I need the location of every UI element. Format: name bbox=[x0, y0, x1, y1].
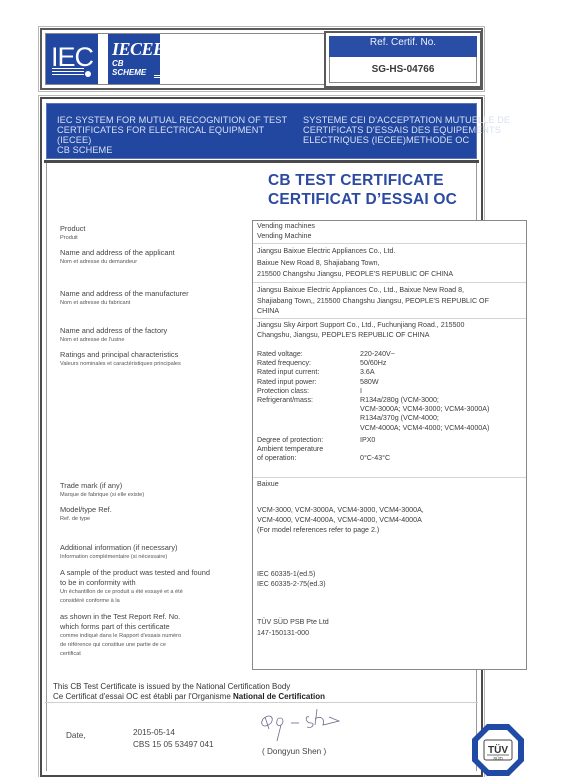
scheme-banner: IEC SYSTEM FOR MUTUAL RECOGNITION OF TES… bbox=[46, 103, 477, 159]
label-factory: Name and address of the factory Nom et a… bbox=[60, 326, 250, 345]
title-french: CERTIFICAT D’ESSAI OC bbox=[268, 190, 457, 209]
label-sample-conformity: A sample of the product was tested and f… bbox=[60, 568, 250, 606]
label-ratings: Ratings and principal characteristics Va… bbox=[60, 350, 250, 369]
title-english: CB TEST CERTIFICATE bbox=[268, 171, 457, 190]
svg-text:SÜD: SÜD bbox=[493, 755, 503, 761]
scheme-logo-text: SCHEME bbox=[112, 68, 160, 77]
date-label: Date, bbox=[66, 731, 86, 740]
cbs-number: CBS 15 05 53497 041 bbox=[133, 739, 214, 751]
iecee-cb-scheme-logo: IECEE CB SCHEME bbox=[108, 34, 160, 84]
ratings-table: Rated voltage:220-240V~ Rated frequency:… bbox=[257, 350, 489, 463]
svg-text:TÜV: TÜV bbox=[488, 743, 508, 756]
iecee-logo-text: IECEE bbox=[112, 40, 160, 58]
ref-certif-label: Ref. Certif. No. bbox=[329, 36, 477, 57]
value-applicant: Jiangsu Baixue Electric Appliances Co., … bbox=[257, 246, 453, 281]
rating-row: Rated voltage:220-240V~ bbox=[257, 350, 489, 359]
rating-row: Rated input power:580W bbox=[257, 378, 489, 387]
label-test-report: as shown in the Test Report Ref. No. whi… bbox=[60, 612, 250, 659]
label-manufacturer: Name and address of the manufacturer Nom… bbox=[60, 289, 250, 308]
signatory-name: ( Dongyun Shen ) bbox=[262, 747, 326, 756]
rating-row: Refrigerant/mass: R134a/280g (VCM-3000; … bbox=[257, 396, 489, 433]
label-trademark: Trade mark (if any) Marque de fabrique (… bbox=[60, 481, 250, 500]
value-factory: Jiangsu Sky Airport Support Co., Ltd., F… bbox=[257, 321, 464, 341]
certificate-title: CB TEST CERTIFICATE CERTIFICAT D’ESSAI O… bbox=[268, 171, 457, 209]
iec-logo: IEC bbox=[46, 34, 98, 84]
value-standards: IEC 60335-1(ed.5) IEC 60335-2-75(ed.3) bbox=[257, 570, 326, 590]
label-additional-info: Additional information (if necessary) In… bbox=[60, 543, 250, 562]
value-test-report: TÜV SÜD PSB Pte Ltd 147-150131-000 bbox=[257, 617, 329, 639]
issue-date: 2015-05-14 bbox=[133, 727, 214, 739]
value-product: Vending machines Vending Machine bbox=[257, 222, 315, 242]
label-applicant: Name and address of the applicant Nom et… bbox=[60, 248, 250, 267]
label-product: Product Produit bbox=[60, 224, 250, 243]
reference-certificate-box: Ref. Certif. No. SG-HS-04766 bbox=[324, 31, 482, 88]
rating-row: Protection class:I bbox=[257, 387, 489, 396]
value-model: VCM-3000, VCM-3000A, VCM4-3000, VCM4-300… bbox=[257, 506, 424, 535]
label-model: Model/type Ref. Ref. de type bbox=[60, 505, 250, 524]
issuing-body-statement: This CB Test Certificate is issued by th… bbox=[53, 682, 325, 701]
banner-english: IEC SYSTEM FOR MUTUAL RECOGNITION OF TES… bbox=[57, 115, 297, 155]
ref-certif-number: SG-HS-04766 bbox=[329, 57, 477, 83]
tuv-sud-seal-icon: TÜV SÜD bbox=[470, 722, 526, 777]
value-manufacturer: Jiangsu Baixue Electric Appliances Co., … bbox=[257, 285, 489, 317]
banner-french: SYSTEME CEI D'ACCEPTATION MUTUELLE DE CE… bbox=[303, 115, 543, 145]
issue-date-block: 2015-05-14 CBS 15 05 53497 041 bbox=[133, 727, 214, 751]
rating-row: Rated frequency:50/60Hz bbox=[257, 359, 489, 368]
signature-icon bbox=[255, 705, 365, 745]
value-trademark: Baixue bbox=[257, 480, 279, 490]
rating-row: Ambient temperatureof operation: 0°C-43°… bbox=[257, 445, 489, 463]
rating-row: Rated input current:3.6A bbox=[257, 368, 489, 377]
rating-row: Degree of protection:IPX0 bbox=[257, 436, 489, 445]
cb-logo-text: CB bbox=[112, 60, 160, 68]
